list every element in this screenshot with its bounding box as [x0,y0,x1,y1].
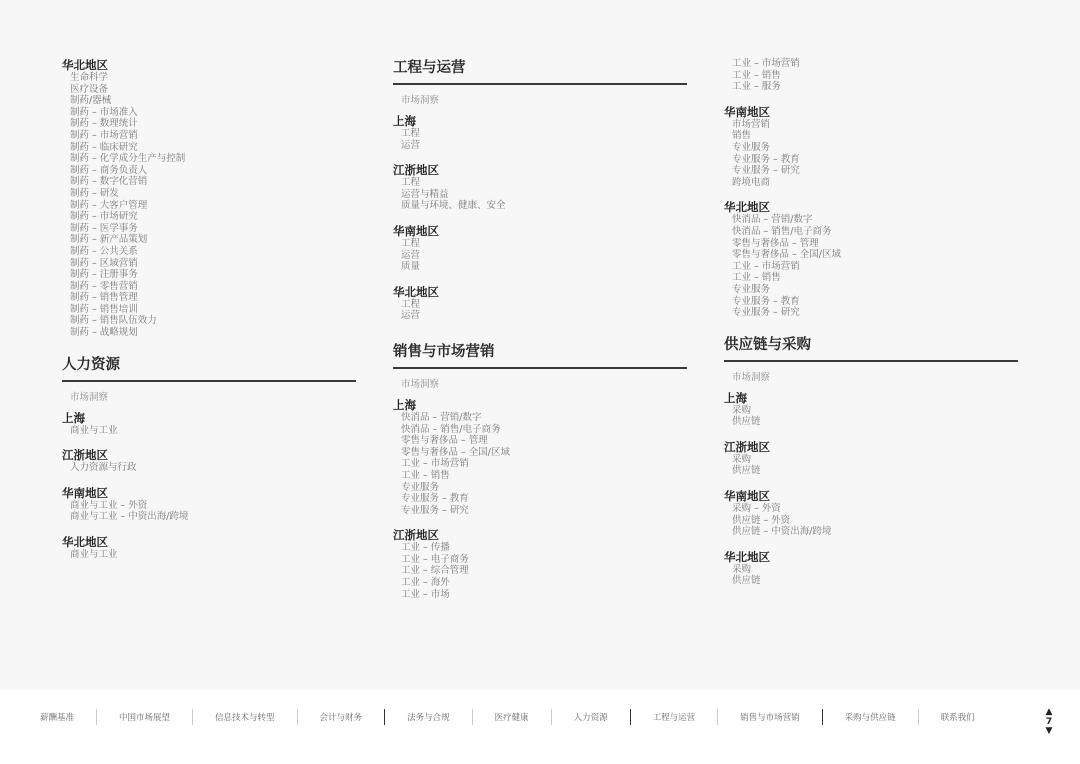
region-block: 华南地区工程运营质量 [393,224,687,273]
region-block: 上海商业与工业 [62,411,356,437]
footer-nav-link[interactable]: 法务与合规 [385,711,472,723]
region-block: 华南地区采购 – 外资供应链 – 外资供应链 – 中资出海/跨境 [724,489,1018,538]
list-item-link[interactable]: 制药 – 注册事务 [62,269,356,281]
list-item-link[interactable]: 供应链 [724,575,1018,587]
list-item-link[interactable]: 专业服务 [393,482,687,494]
list-item-link[interactable]: 供应链 – 外资 [724,515,1018,527]
list-item-link[interactable]: 快消品 – 营销/数字 [393,412,687,424]
list-item-link[interactable]: 商业与工业 [62,425,356,437]
list-item-link[interactable]: 专业服务 [724,284,1018,296]
region-heading: 江浙地区 [724,440,1018,454]
list-item-link[interactable]: 工业 – 市场营销 [724,261,1018,273]
list-item-link[interactable]: 专业服务 – 教育 [393,493,687,505]
list-item-link[interactable]: 生命科学 [62,72,356,84]
footer-nav-link[interactable]: 采购与供应链 [823,711,918,723]
list-item-link[interactable]: 销售 [724,130,1018,142]
list-item-link[interactable]: 制药/器械 [62,95,356,107]
list-item-link[interactable]: 工业 – 综合管理 [393,565,687,577]
list-item-link[interactable]: 制药 – 大客户管理 [62,200,356,212]
list-item-link[interactable]: 专业服务 – 教育 [724,154,1018,166]
column-2: 工程与运营市场洞察上海工程运营江浙地区工程运营与精益质量与环境、健康、安全华南地… [393,58,687,620]
list-item-link[interactable]: 工业 – 服务 [724,81,1018,93]
region-heading: 华北地区 [724,200,1018,214]
list-item-link[interactable]: 工业 – 市场 [393,589,687,601]
list-item-link[interactable]: 运营 [393,250,687,262]
list-item-link[interactable]: 工业 – 传播 [393,542,687,554]
list-item-link[interactable]: 质量 [393,261,687,273]
list-item-link[interactable]: 工业 – 市场营销 [724,58,1018,70]
list-item-link[interactable]: 专业服务 – 教育 [724,296,1018,308]
market-insight-link[interactable]: 市场洞察 [62,391,356,404]
list-item-link[interactable]: 工业 – 电子商务 [393,554,687,566]
list-item-link[interactable]: 质量与环境、健康、安全 [393,200,687,212]
footer-nav-link[interactable]: 信息技术与转型 [193,711,297,723]
section-block: 销售与市场营销市场洞察上海快消品 – 营销/数字快消品 – 销售/电子商务零售与… [393,342,687,600]
list-item-link[interactable]: 采购 [724,454,1018,466]
list-item-link[interactable]: 专业服务 [724,142,1018,154]
section-title: 工程与运营 [393,58,687,85]
region-block: 江浙地区工业 – 传播工业 – 电子商务工业 – 综合管理工业 – 海外工业 –… [393,528,687,600]
region-block: 江浙地区工程运营与精益质量与环境、健康、安全 [393,163,687,212]
region-heading: 江浙地区 [393,163,687,177]
region-block: 上海快消品 – 营销/数字快消品 – 销售/电子商务零售与奢侈品 – 管理零售与… [393,398,687,516]
list-item-link[interactable]: 制药 – 战略规划 [62,327,356,339]
list-item-link[interactable]: 供应链 – 中资出海/跨境 [724,526,1018,538]
region-heading: 江浙地区 [62,448,356,462]
region-heading: 华南地区 [724,105,1018,119]
list-item-link[interactable]: 制药 – 商务负责人 [62,165,356,177]
footer-nav-link[interactable]: 会计与财务 [298,711,385,723]
region-block: 上海采购供应链 [724,391,1018,428]
list-item-link[interactable]: 制药 – 公共关系 [62,246,356,258]
region-block: 华北地区快消品 – 营销/数字快消品 – 销售/电子商务零售与奢侈品 – 管理零… [724,200,1018,318]
region-heading: 江浙地区 [393,528,687,542]
list-item-link[interactable]: 工业 – 海外 [393,577,687,589]
market-insight-link[interactable]: 市场洞察 [393,94,687,107]
list-item-link[interactable]: 快消品 – 营销/数字 [724,214,1018,226]
list-item-link[interactable]: 跨境电商 [724,177,1018,189]
list-item-link[interactable]: 采购 – 外资 [724,503,1018,515]
region-heading: 上海 [724,391,1018,405]
triangle-up-icon[interactable]: ▲ [1043,708,1055,717]
region-block: 华北地区采购供应链 [724,550,1018,587]
list-item-link[interactable]: 制药 – 市场准入 [62,107,356,119]
column-1: 华北地区生命科学医疗设备制药/器械制药 – 市场准入制药 – 数理统计制药 – … [62,58,356,581]
list-item-link[interactable]: 专业服务 – 研究 [724,307,1018,319]
list-item-link[interactable]: 制药 – 数字化营销 [62,176,356,188]
list-item-link[interactable]: 人力资源与行政 [62,462,356,474]
region-block: 上海工程运营 [393,114,687,151]
list-item-link[interactable]: 工程 [393,177,687,189]
region-block: 江浙地区人力资源与行政 [62,448,356,474]
footer-nav-link[interactable]: 人力资源 [552,711,630,723]
list-item-link[interactable]: 制药 – 临床研究 [62,142,356,154]
list-item-link[interactable]: 制药 – 化学成分生产与控制 [62,153,356,165]
region-heading: 华北地区 [724,550,1018,564]
region-heading: 华南地区 [62,486,356,500]
list-item-link[interactable]: 商业与工业 – 外资 [62,500,356,512]
region-block: 华南地区市场营销销售专业服务专业服务 – 教育专业服务 – 研究跨境电商 [724,105,1018,189]
list-item-link[interactable]: 零售与奢侈品 – 管理 [724,238,1018,250]
region-block: 华南地区商业与工业 – 外资商业与工业 – 中资出海/跨境 [62,486,356,523]
section-block: 供应链与采购市场洞察上海采购供应链江浙地区采购供应链华南地区采购 – 外资供应链… [724,335,1018,587]
list-item-link[interactable]: 采购 [724,564,1018,576]
region-heading: 华南地区 [724,489,1018,503]
page-pager: ▲ 7 ▼ [1043,708,1055,736]
list-item-link[interactable]: 制药 – 销售培训 [62,304,356,316]
list-item-link[interactable]: 运营与精益 [393,189,687,201]
list-item-link[interactable]: 制药 – 市场研究 [62,211,356,223]
footer-nav: 薪酬基准中国市场展望信息技术与转型会计与财务法务与合规医疗健康人力资源工程与运营… [40,707,997,727]
list-item-link[interactable]: 制药 – 区域营销 [62,258,356,270]
region-heading: 华南地区 [393,224,687,238]
region-heading: 华北地区 [62,535,356,549]
list-item-link[interactable]: 零售与奢侈品 – 全国/区域 [393,447,687,459]
footer-nav-link[interactable]: 联系我们 [919,711,997,723]
list-item-link[interactable]: 快消品 – 销售/电子商务 [724,226,1018,238]
section-block: 人力资源市场洞察上海商业与工业江浙地区人力资源与行政华南地区商业与工业 – 外资… [62,355,356,561]
footer: 薪酬基准中国市场展望信息技术与转型会计与财务法务与合规医疗健康人力资源工程与运营… [0,690,1080,764]
list-item-link[interactable]: 零售与奢侈品 – 管理 [393,435,687,447]
footer-nav-link[interactable]: 薪酬基准 [40,711,96,723]
section-title: 销售与市场营销 [393,342,687,369]
list-item-link[interactable]: 运营 [393,140,687,152]
list-item-link[interactable]: 商业与工业 [62,549,356,561]
list-item-link[interactable]: 工程 [393,128,687,140]
list-item-link[interactable]: 运营 [393,310,687,322]
region-block: 江浙地区采购供应链 [724,440,1018,477]
list-item-link[interactable]: 制药 – 零售营销 [62,281,356,293]
list-item-link[interactable]: 商业与工业 – 中资出海/跨境 [62,511,356,523]
list-item-link[interactable]: 制药 – 数理统计 [62,118,356,130]
market-insight-link[interactable]: 市场洞察 [393,378,687,391]
list-item-link[interactable]: 工业 – 销售 [393,470,687,482]
footer-nav-link[interactable]: 中国市场展望 [97,711,192,723]
region-block: 华北地区工程运营 [393,285,687,322]
market-insight-link[interactable]: 市场洞察 [724,371,1018,384]
region-heading: 上海 [62,411,356,425]
list-item-link[interactable]: 工程 [393,238,687,250]
region-heading: 华北地区 [62,58,356,72]
list-item-link[interactable]: 制药 – 研发 [62,188,356,200]
list-item-link[interactable]: 工程 [393,299,687,311]
list-item-link[interactable]: 工业 – 市场营销 [393,458,687,470]
list-item-link[interactable]: 制药 – 销售管理 [62,292,356,304]
main-content: 华北地区生命科学医疗设备制药/器械制药 – 市场准入制药 – 数理统计制药 – … [0,0,1080,690]
list-item-link[interactable]: 专业服务 – 研究 [393,505,687,517]
region-block: 华北地区生命科学医疗设备制药/器械制药 – 市场准入制药 – 数理统计制药 – … [62,58,356,339]
list-item-link[interactable]: 工业 – 销售 [724,70,1018,82]
footer-nav-link[interactable]: 医疗健康 [473,711,551,723]
footer-nav-link[interactable]: 工程与运营 [631,711,718,723]
list-item-link[interactable]: 采购 [724,405,1018,417]
region-block: 工业 – 市场营销工业 – 销售工业 – 服务 [724,58,1018,93]
region-heading: 上海 [393,398,687,412]
footer-nav-link[interactable]: 销售与市场营销 [718,711,822,723]
section-block: 工程与运营市场洞察上海工程运营江浙地区工程运营与精益质量与环境、健康、安全华南地… [393,58,687,322]
list-item-link[interactable]: 工业 – 销售 [724,272,1018,284]
list-item-link[interactable]: 供应链 [724,465,1018,477]
section-title: 供应链与采购 [724,335,1018,362]
region-heading: 上海 [393,114,687,128]
list-item-link[interactable]: 市场营销 [724,119,1018,131]
list-item-link[interactable]: 零售与奢侈品 – 全国/区域 [724,249,1018,261]
list-item-link[interactable]: 专业服务 – 研究 [724,165,1018,177]
list-item-link[interactable]: 制药 – 新产品策划 [62,234,356,246]
column-3: 工业 – 市场营销工业 – 销售工业 – 服务华南地区市场营销销售专业服务专业服… [724,58,1018,607]
triangle-down-icon[interactable]: ▼ [1043,727,1055,736]
list-item-link[interactable]: 供应链 [724,416,1018,428]
list-item-link[interactable]: 快消品 – 销售/电子商务 [393,424,687,436]
region-heading: 华北地区 [393,285,687,299]
section-title: 人力资源 [62,355,356,382]
list-item-link[interactable]: 制药 – 销售队伍效力 [62,315,356,327]
region-block: 华北地区商业与工业 [62,535,356,561]
list-item-link[interactable]: 制药 – 医学事务 [62,223,356,235]
list-item-link[interactable]: 制药 – 市场营销 [62,130,356,142]
list-item-link[interactable]: 医疗设备 [62,84,356,96]
